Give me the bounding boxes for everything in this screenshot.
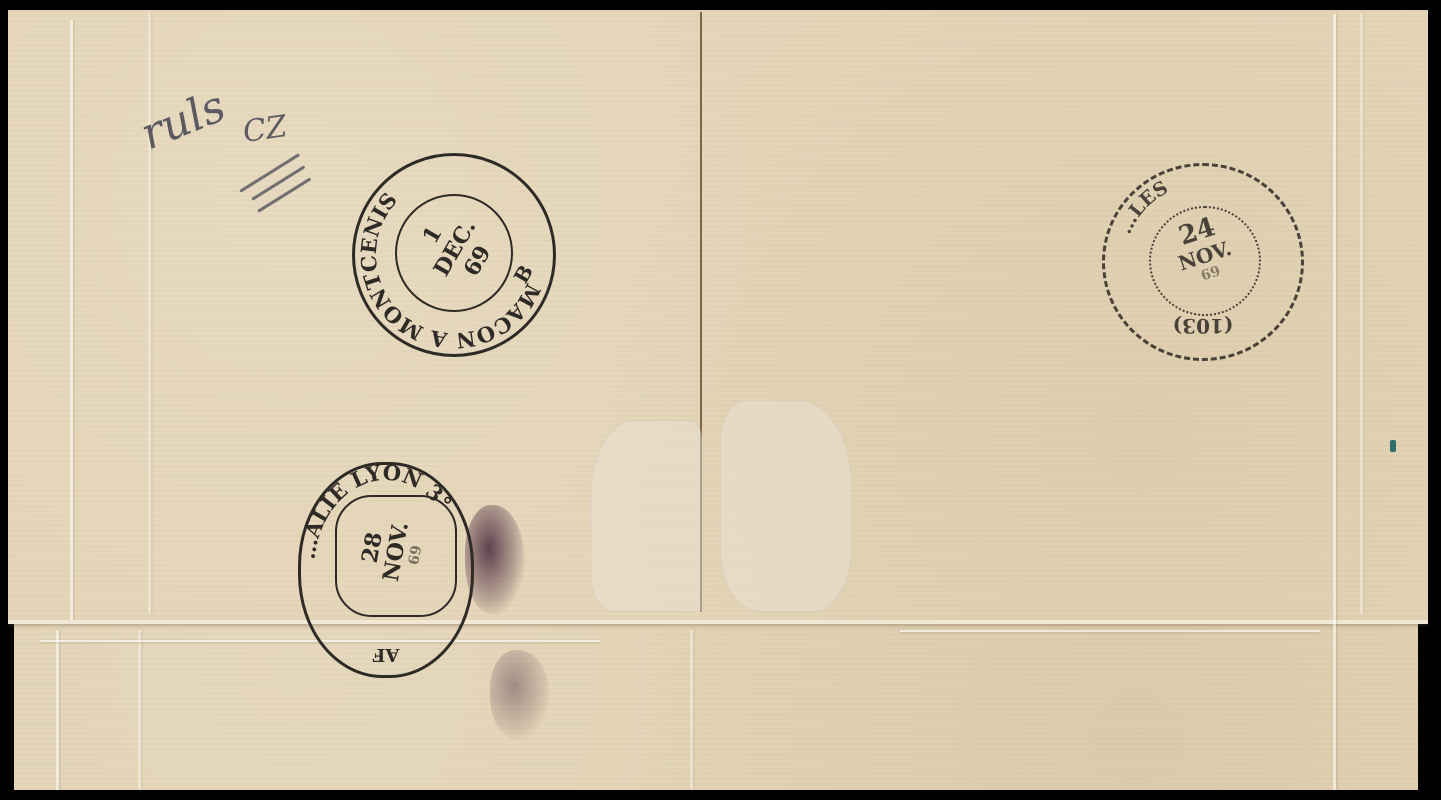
- fold-line: [138, 630, 141, 790]
- letter-flap-lower: [14, 622, 1418, 790]
- flap-edge: [8, 620, 1428, 624]
- fold-line: [900, 630, 1320, 632]
- postmark-macon-montcenis: MACON A MONTCENIS B 1 DEC. 69: [352, 153, 556, 357]
- fold-line: [56, 630, 59, 790]
- postmark-lower-ring-text: AF: [331, 645, 441, 663]
- postmark-right: …LES 24 NOV. 69 (103): [1102, 163, 1304, 361]
- ink-stain: [490, 650, 550, 740]
- fold-line: [70, 20, 73, 620]
- paper-tear: [590, 420, 702, 612]
- postmark-dept-number: (103): [1165, 316, 1241, 336]
- fold-line: [1360, 14, 1363, 614]
- postmark-ambulant-lyon: …ALIE LYON 3° AF 28 NOV. 69: [298, 462, 474, 678]
- pencil-initials: CZ: [241, 109, 289, 150]
- fold-line: [148, 14, 151, 614]
- teal-ink-mark: [1390, 440, 1396, 452]
- fold-line: [690, 630, 693, 790]
- ink-stain: [465, 505, 525, 615]
- paper-repair: [720, 400, 852, 612]
- fold-line: [1333, 14, 1336, 790]
